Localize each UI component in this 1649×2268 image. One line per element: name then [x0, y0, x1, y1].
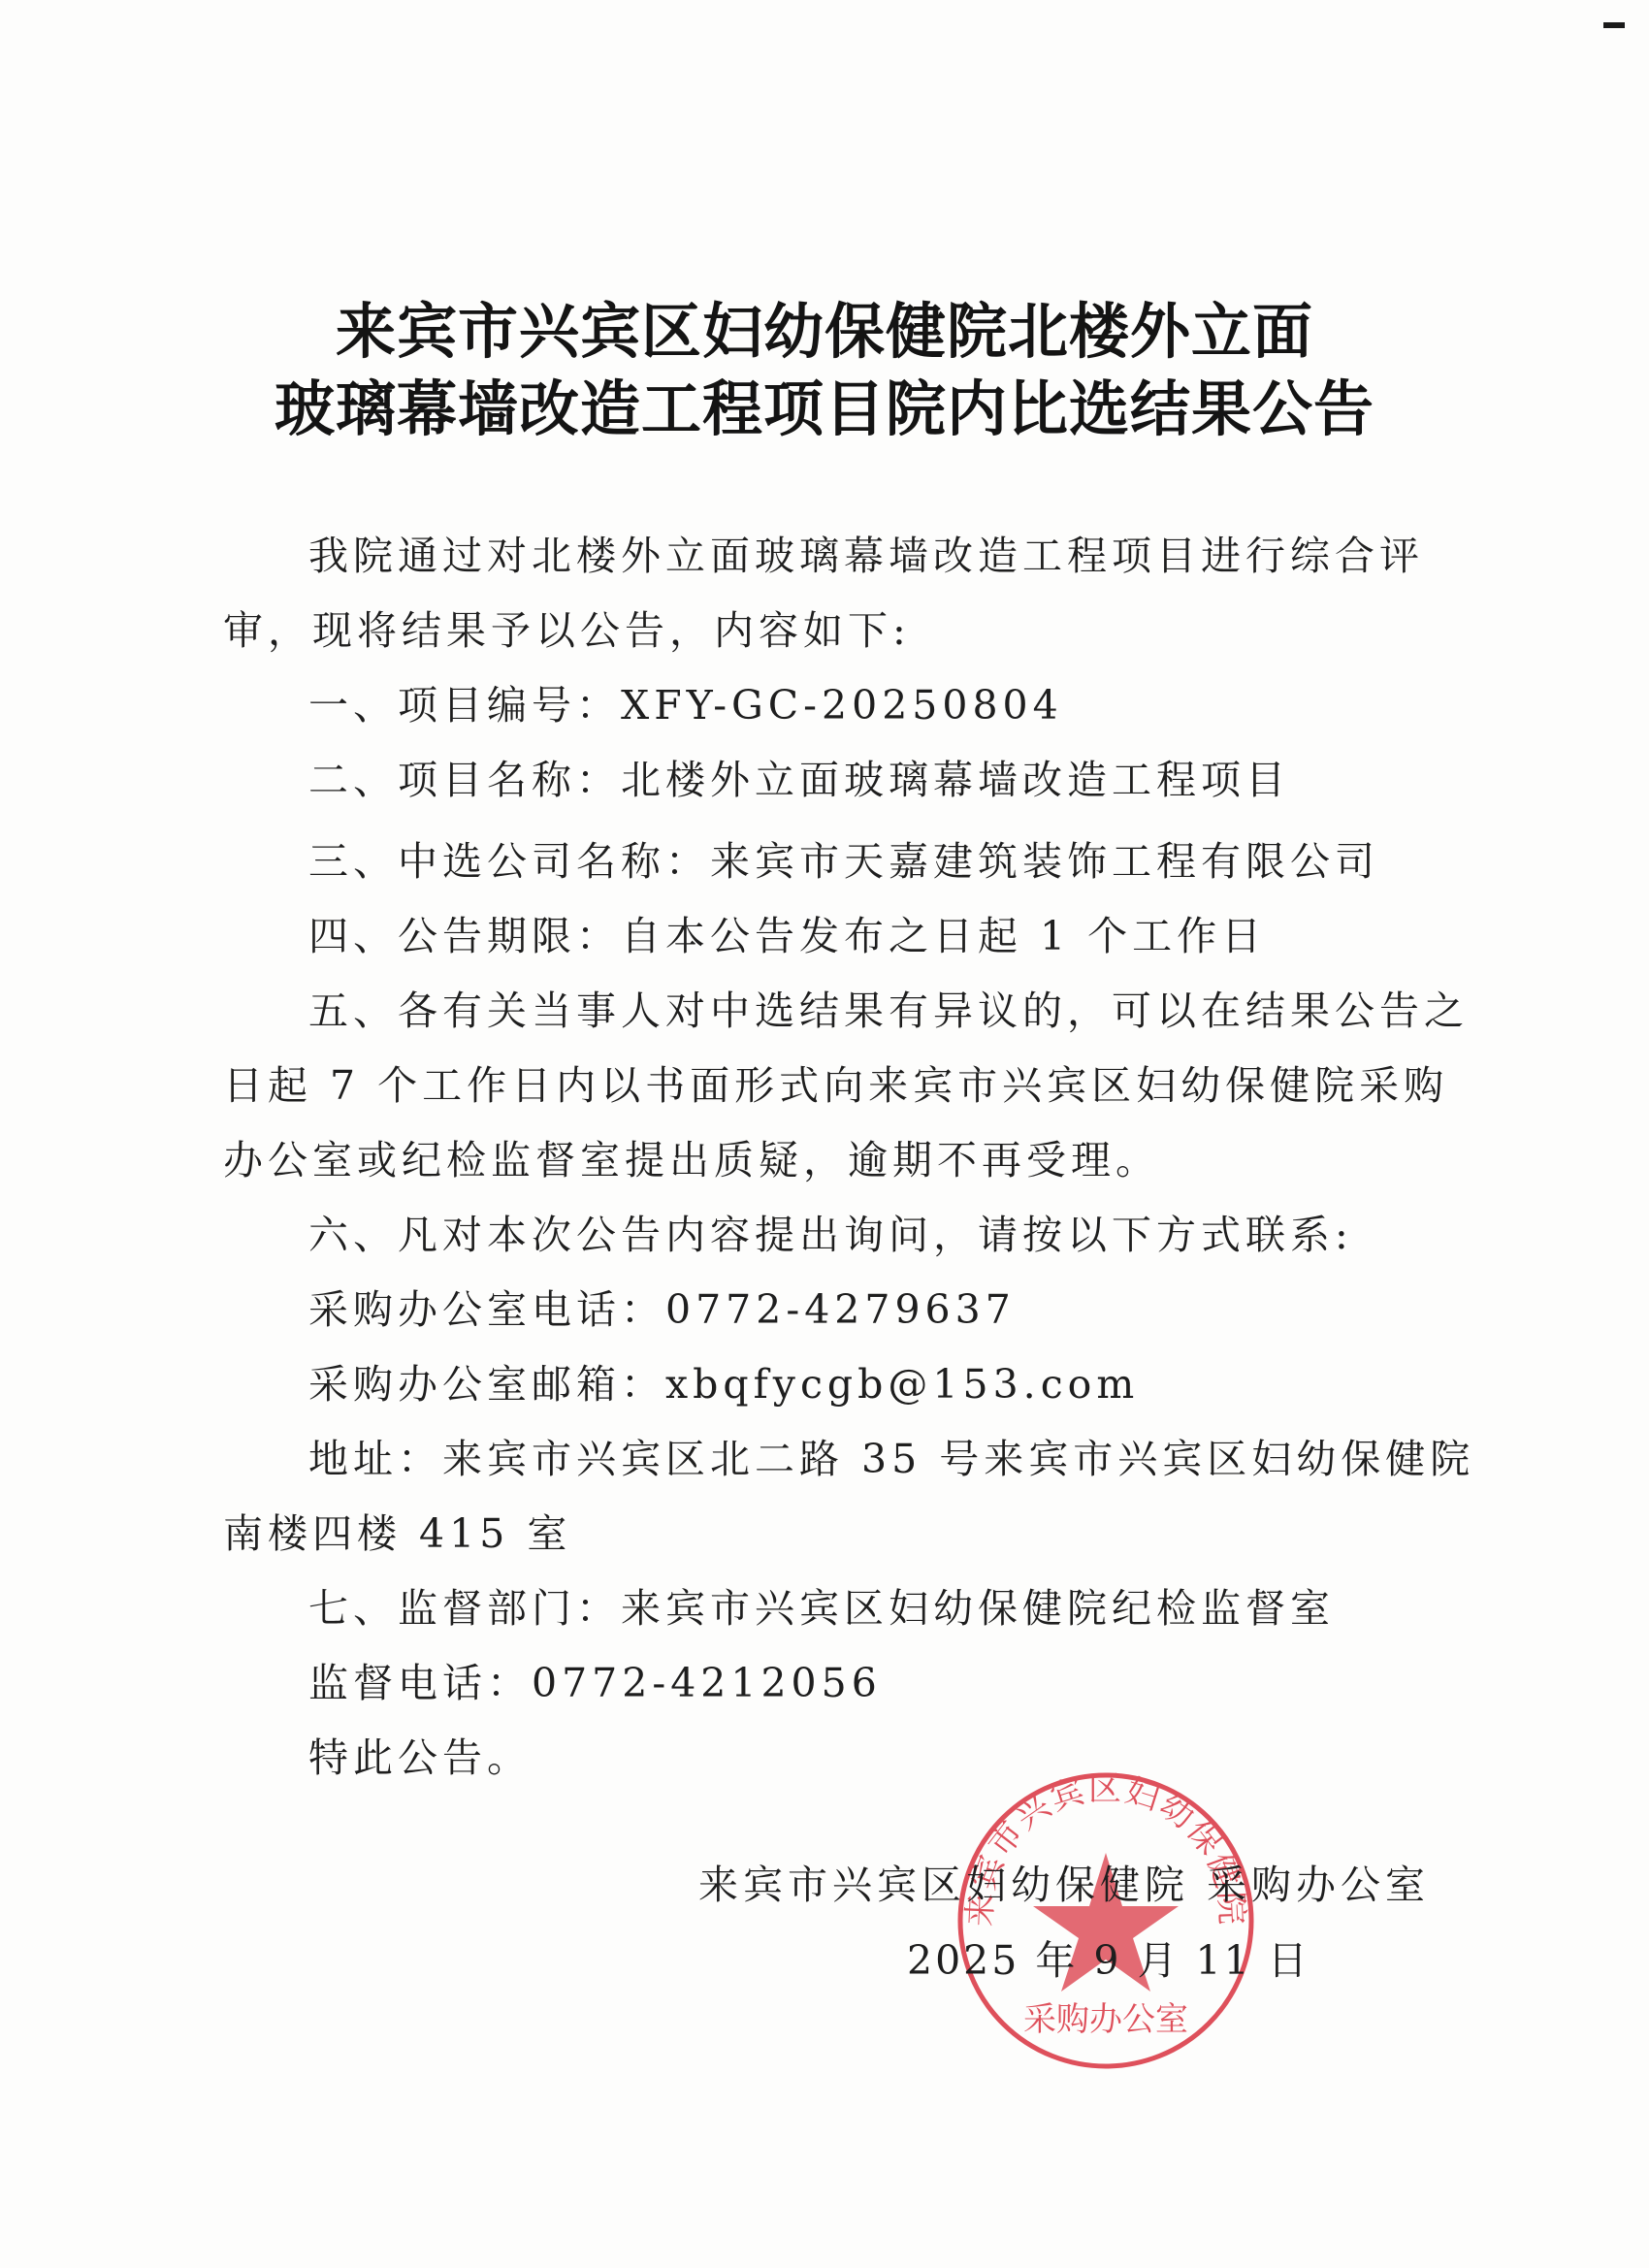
- item-project-name: 二、项目名称：北楼外立面玻璃幕墙改造工程项目: [308, 748, 1290, 805]
- contact-procurement-email: 采购办公室邮箱：xbqfycgb@153.com: [308, 1352, 1139, 1409]
- official-seal-stamp: 来宾市兴宾区妇幼保健院 采购办公室: [955, 1770, 1256, 2071]
- body-paragraph-intro-line-2: 审，现将结果予以公告，内容如下:: [223, 599, 911, 656]
- item-supervision-department: 七、监督部门：来宾市兴宾区妇幼保健院纪检监督室: [308, 1576, 1335, 1634]
- signature-organization: 来宾市兴宾区妇幼保健院 采购办公室: [698, 1853, 1430, 1910]
- document-title-line-1: 来宾市兴宾区妇幼保健院北楼外立面: [0, 283, 1649, 370]
- contact-address-line-2: 南楼四楼 415 室: [223, 1502, 571, 1559]
- contact-procurement-phone: 采购办公室电话：0772-4279637: [308, 1278, 1016, 1335]
- closing-statement: 特此公告。: [308, 1726, 532, 1783]
- item-objection-line-1: 五、各有关当事人对中选结果有异议的，可以在结果公告之: [308, 979, 1469, 1036]
- document-title-line-2: 玻璃幕墙改造工程项目院内比选结果公告: [0, 361, 1649, 447]
- item-contact-intro: 六、凡对本次公告内容提出询问，请按以下方式联系:: [308, 1203, 1353, 1260]
- item-objection-line-3: 办公室或纪检监督室提出质疑，逾期不再受理。: [223, 1128, 1160, 1185]
- item-selected-company: 三、中选公司名称：来宾市天嘉建筑装饰工程有限公司: [308, 829, 1379, 887]
- signature-date: 2025 年 9 月 11 日: [907, 1928, 1310, 1986]
- scan-corner-mark: [1603, 22, 1625, 28]
- item-project-number: 一、项目编号：XFY-GC-20250804: [308, 673, 1063, 730]
- supervision-phone: 监督电话：0772-4212056: [308, 1651, 882, 1708]
- item-objection-line-2: 日起 7 个工作日内以书面形式向来宾市兴宾区妇幼保健院采购: [223, 1053, 1448, 1111]
- stamp-inner-text: 采购办公室: [1023, 2000, 1188, 2039]
- contact-address-line-1: 地址：来宾市兴宾区北二路 35 号来宾市兴宾区妇幼保健院: [308, 1427, 1474, 1484]
- item-notice-period: 四、公告期限：自本公告发布之日起 1 个工作日: [308, 904, 1266, 961]
- body-paragraph-intro-line-1: 我院通过对北楼外立面玻璃幕墙改造工程项目进行综合评: [308, 524, 1424, 581]
